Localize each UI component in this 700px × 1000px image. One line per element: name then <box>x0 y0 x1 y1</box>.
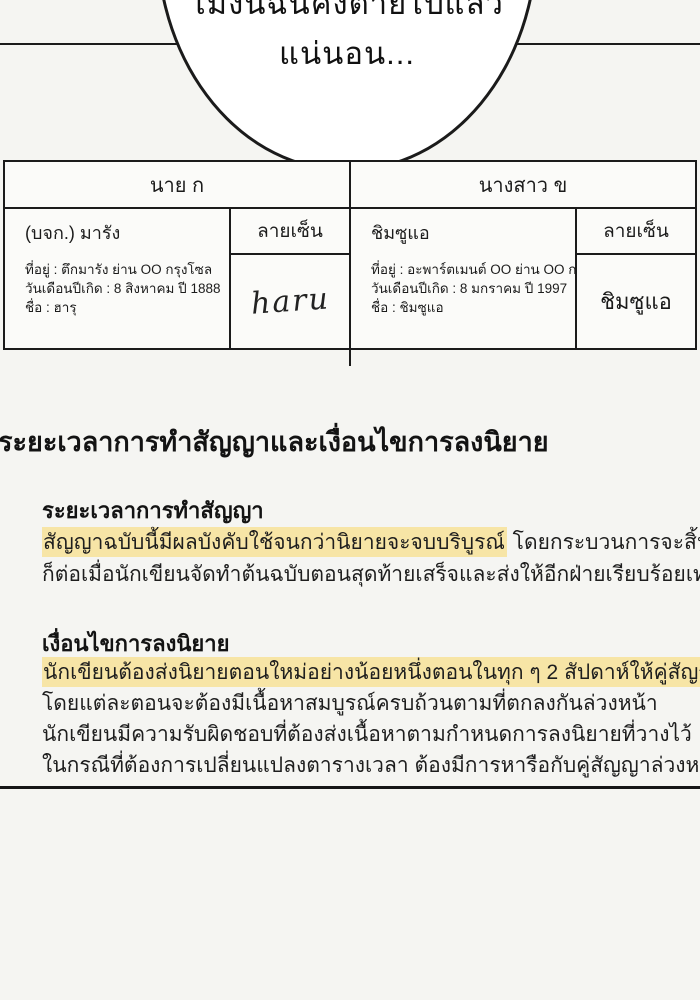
party-b-name-line: ชื่อ : ชิมซูแอ <box>371 298 569 317</box>
party-b-signature-box: ชิมซูแอ <box>577 255 695 348</box>
section2-paragraph: นักเขียนต้องส่งนิยายตอนใหม่อย่างน้อยหนึ่… <box>42 657 690 781</box>
section2-line1-highlight: นักเขียนต้องส่งนิยายตอนใหม่อย่างน้อยหนึ่… <box>42 657 700 687</box>
speech-bubble: ไม่งั้นฉันคงตายไปแล้ว แน่นอน... <box>156 0 538 172</box>
party-b-signature-label: ลายเซ็น <box>577 209 695 255</box>
section2-line2: โดยแต่ละตอนจะต้องมีเนื้อหาสมบูรณ์ครบถ้วน… <box>42 688 690 719</box>
party-b-header: นางสาว ข <box>351 162 695 209</box>
speech-bubble-text: ไม่งั้นฉันคงตายไปแล้ว แน่นอน... <box>159 0 535 79</box>
comic-panel-page: ไม่งั้นฉันคงตายไปแล้ว แน่นอน... นาย ก (บ… <box>0 0 700 1000</box>
contract-table: นาย ก (บจก.) มารัง ที่อยู่ : ตึกมารัง ย่… <box>3 160 697 350</box>
section1-line1: สัญญาฉบับนี้มีผลบังคับใช้จนกว่านิยายจะจบ… <box>42 527 690 559</box>
party-a-signature-label: ลายเซ็น <box>231 209 349 255</box>
party-a-signature-box: haru <box>231 255 349 348</box>
party-a-signature-column: ลายเซ็น haru <box>231 209 349 348</box>
party-a-name: (บจก.) มารัง <box>25 218 223 247</box>
panel-border-bottom <box>0 786 700 789</box>
party-a-birthdate: วันเดือนปีเกิด : 8 สิงหาคม ปี 1888 <box>25 279 223 298</box>
party-b-address: ที่อยู่ : อะพาร์ตเมนต์ OO ย่าน OO กรุงโซ… <box>371 260 569 279</box>
table-center-divider-tick <box>349 350 351 366</box>
party-b-info-cell: ชิมซูแอ ที่อยู่ : อะพาร์ตเมนต์ OO ย่าน O… <box>351 209 577 348</box>
section2-title: เงื่อนไขการลงนิยาย <box>42 626 230 661</box>
speech-bubble-line2: แน่นอน... <box>159 29 535 79</box>
party-a-address: ที่อยู่ : ตึกมารัง ย่าน OO กรุงโซล <box>25 260 223 279</box>
section1-line1-highlight: สัญญาฉบับนี้มีผลบังคับใช้จนกว่านิยายจะจบ… <box>42 527 507 557</box>
section1-title: ระยะเวลาการทำสัญญา <box>42 493 264 528</box>
party-a-signature: haru <box>249 281 330 321</box>
section1-paragraph: สัญญาฉบับนี้มีผลบังคับใช้จนกว่านิยายจะจบ… <box>42 527 690 591</box>
party-b-section: นางสาว ข ชิมซูแอ ที่อยู่ : อะพาร์ตเมนต์ … <box>351 162 695 348</box>
section2-line4: ในกรณีที่ต้องการเปลี่ยนแปลงตารางเวลา ต้อ… <box>42 750 690 781</box>
party-a-header: นาย ก <box>5 162 349 209</box>
contract-terms-heading: ระยะเวลาการทำสัญญาและเงื่อนไขการลงนิยาย <box>0 420 549 463</box>
party-a-info-cell: (บจก.) มารัง ที่อยู่ : ตึกมารัง ย่าน OO … <box>5 209 231 348</box>
party-b-signature: ชิมซูแอ <box>600 284 672 319</box>
party-b-details: ที่อยู่ : อะพาร์ตเมนต์ OO ย่าน OO กรุงโซ… <box>371 260 569 317</box>
party-a-section: นาย ก (บจก.) มารัง ที่อยู่ : ตึกมารัง ย่… <box>5 162 351 348</box>
section2-line1: นักเขียนต้องส่งนิยายตอนใหม่อย่างน้อยหนึ่… <box>42 657 690 688</box>
section1-line2: ก็ต่อเมื่อนักเขียนจัดทำต้นฉบับตอนสุดท้าย… <box>42 559 690 591</box>
party-a-details: ที่อยู่ : ตึกมารัง ย่าน OO กรุงโซล วันเด… <box>25 260 223 317</box>
party-a-name-line: ชื่อ : ฮารุ <box>25 298 223 317</box>
section1-line1-rest: โดยกระบวนการจะสิ้นสุด <box>507 531 700 554</box>
party-b-name: ชิมซูแอ <box>371 218 569 247</box>
section2-line3: นักเขียนมีความรับผิดชอบที่ต้องส่งเนื้อหา… <box>42 719 690 750</box>
party-b-birthdate: วันเดือนปีเกิด : 8 มกราคม ปี 1997 <box>371 279 569 298</box>
party-b-signature-column: ลายเซ็น ชิมซูแอ <box>577 209 695 348</box>
speech-bubble-line1: ไม่งั้นฉันคงตายไปแล้ว <box>159 0 535 29</box>
